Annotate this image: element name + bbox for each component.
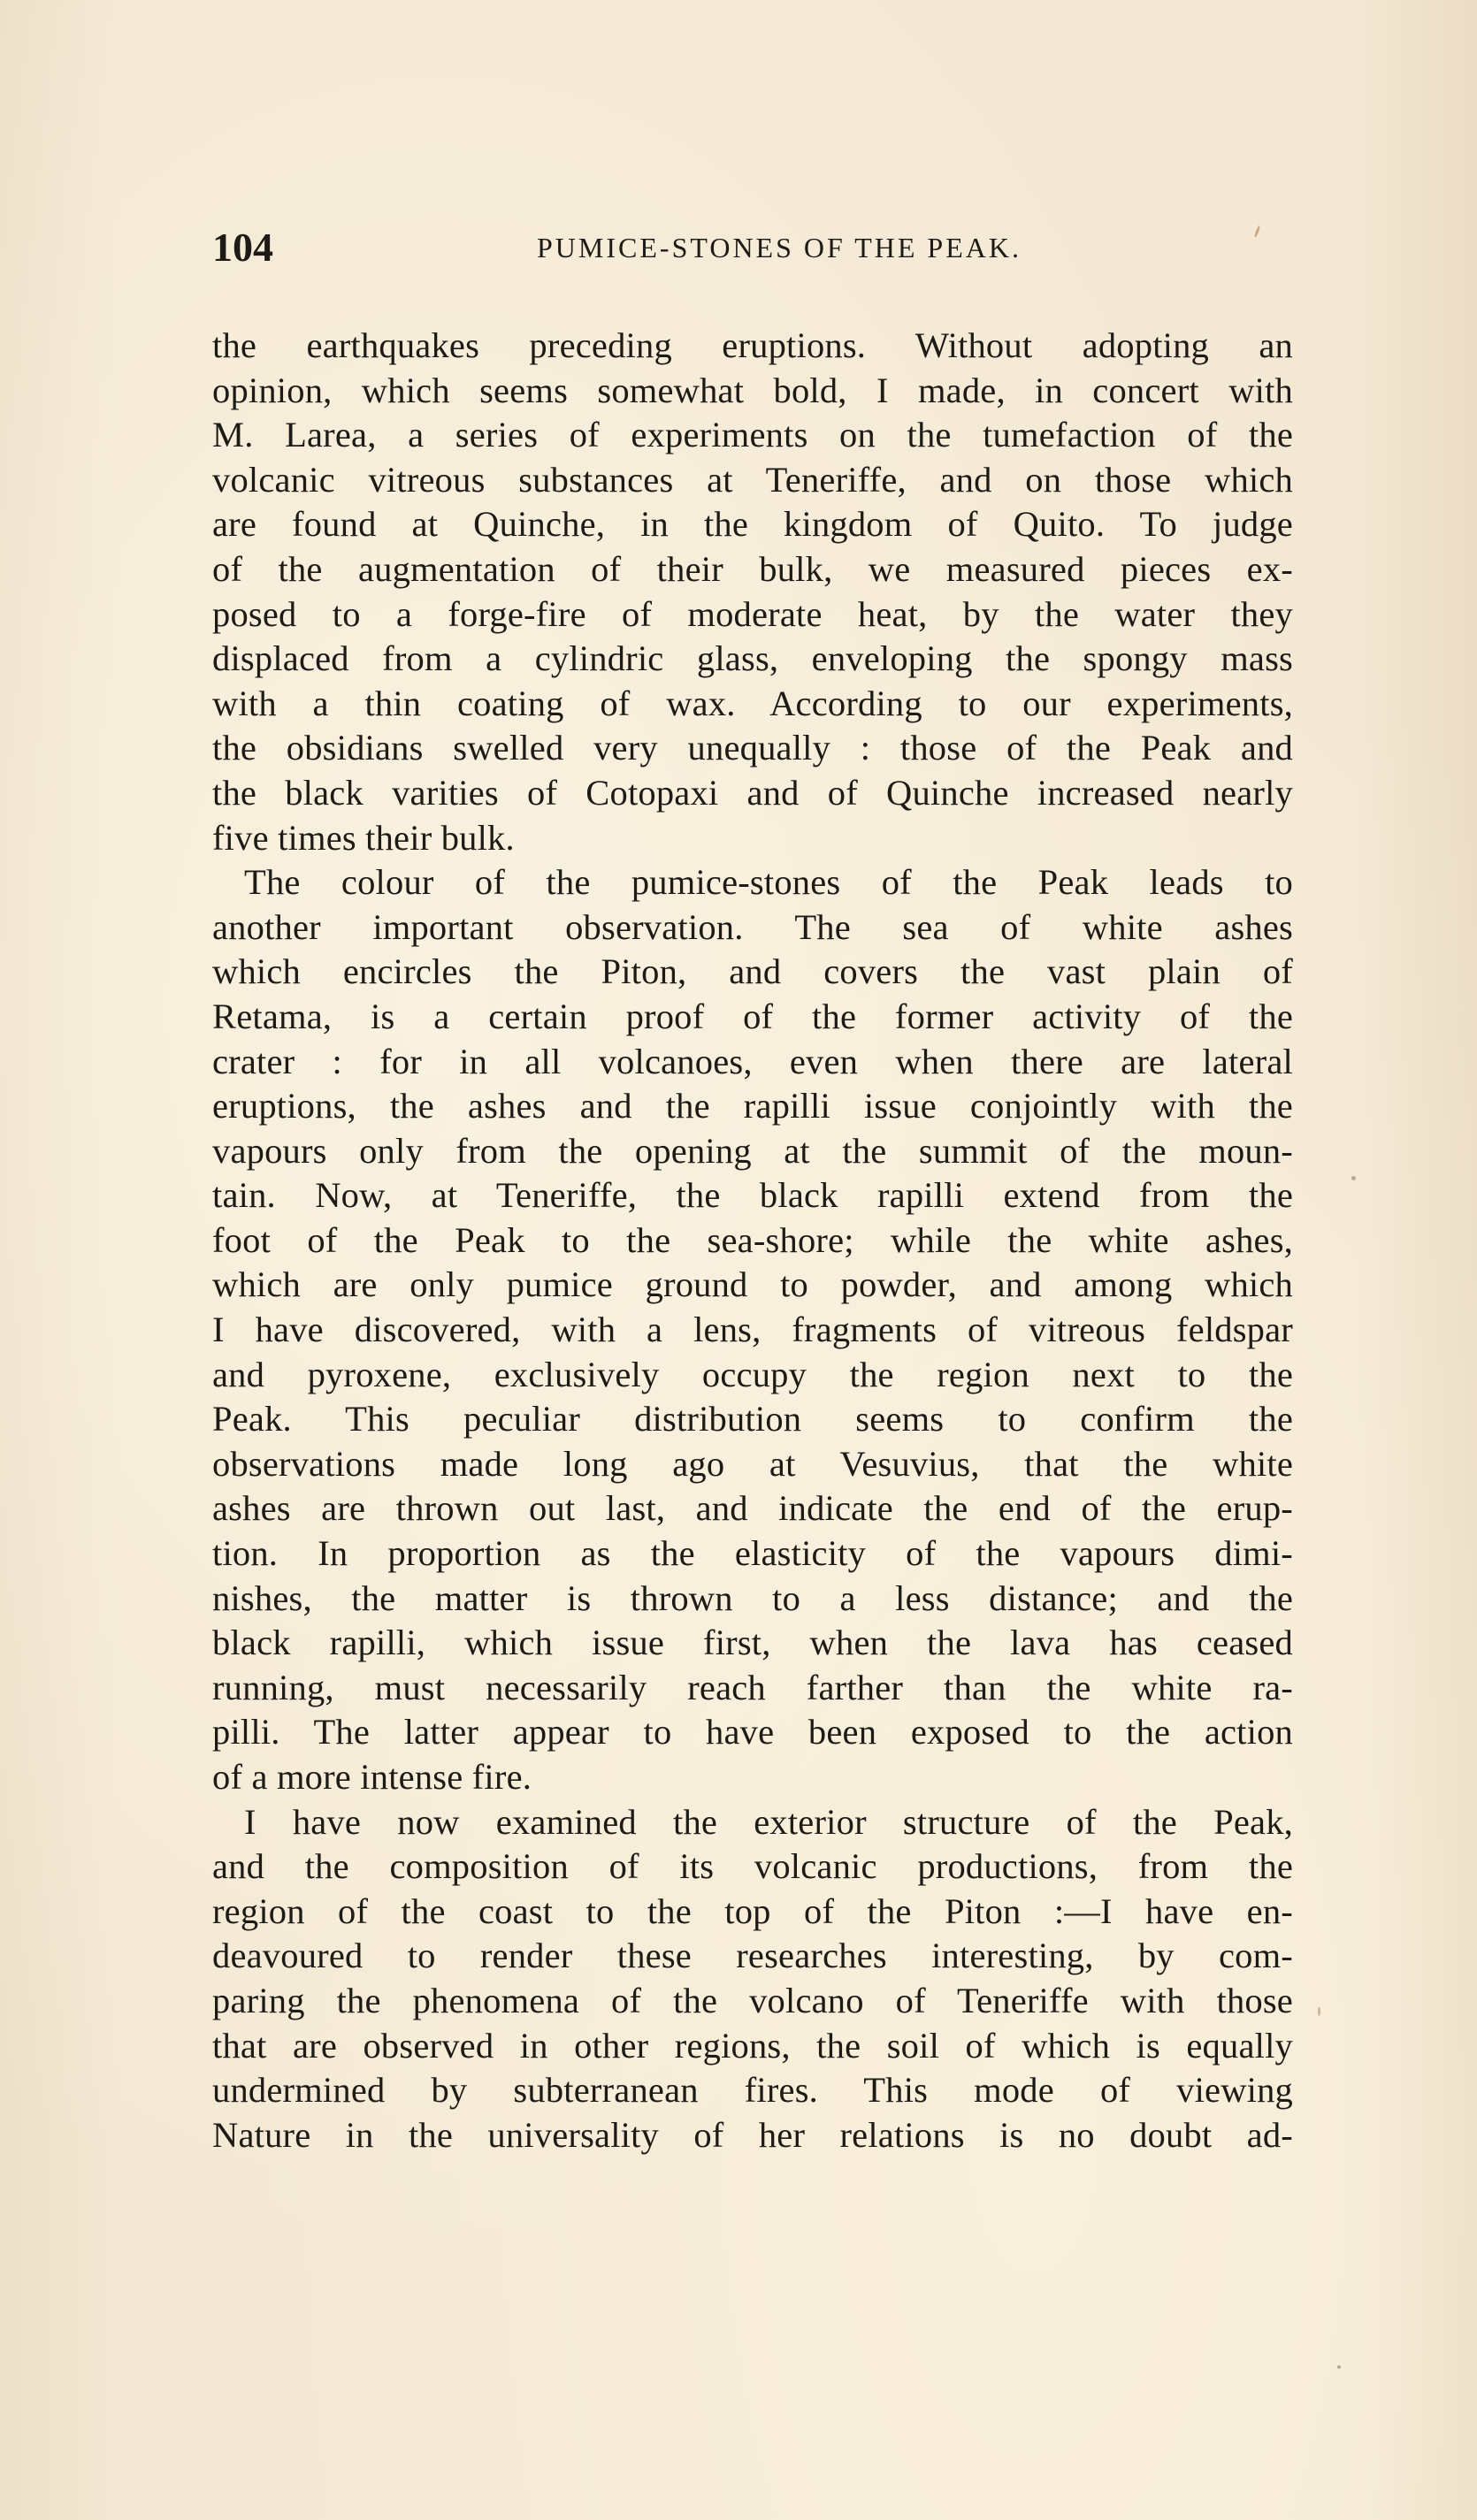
text-line: foot of the Peak to the sea-shore; while… [212,1218,1293,1264]
text-line: Nature in the universality of her relati… [212,2113,1293,2158]
text-line: region of the coast to the top of the Pi… [212,1890,1293,1935]
text-line: tion. In proportion as the elasticity of… [212,1531,1293,1577]
text-line: Retama, is a certain proof of the former… [212,995,1293,1040]
text-line: pilli. The latter appear to have been ex… [212,1710,1293,1755]
text-line: I have now examined the exterior structu… [212,1800,1293,1845]
text-line: running, must necessarily reach farther … [212,1666,1293,1711]
text-line: that are observed in other regions, the … [212,2024,1293,2069]
text-line: and pyroxene, exclusively occupy the reg… [212,1353,1293,1398]
text-line: eruptions, the ashes and the rapilli iss… [212,1084,1293,1129]
text-line: five times their bulk. [212,816,1293,861]
text-line: the earthquakes preceding eruptions. Wit… [212,324,1293,369]
text-line: M. Larea, a series of experiments on the… [212,413,1293,458]
text-line: nishes, the matter is thrown to a less d… [212,1577,1293,1622]
text-line: the obsidians swelled very unequally : t… [212,726,1293,771]
text-line: the black varities of Cotopaxi and of Qu… [212,771,1293,816]
text-line: which encircles the Piton, and covers th… [212,950,1293,995]
text-line: of a more intense fire. [212,1755,1293,1800]
paper-speck [1318,2007,1320,2016]
text-line: I have discovered, with a lens, fragment… [212,1308,1293,1353]
text-line: displaced from a cylindric glass, envelo… [212,637,1293,682]
text-line: The colour of the pumice-stones of the P… [212,860,1293,905]
paper-speck [1351,1176,1356,1180]
text-line: vapours only from the opening at the sum… [212,1129,1293,1174]
book-page: 104 PUMICE-STONES OF THE PEAK. the earth… [212,221,1293,2157]
text-line: of the augmentation of their bulk, we me… [212,547,1293,592]
text-line: black rapilli, which issue first, when t… [212,1621,1293,1666]
text-line: observations made long ago at Vesuvius, … [212,1442,1293,1487]
text-line: are found at Quinche, in the kingdom of … [212,502,1293,547]
text-line: Peak. This peculiar distribution seems t… [212,1397,1293,1442]
text-line: crater : for in all volcanoes, even when… [212,1040,1293,1085]
paper-speck [1337,2365,1341,2369]
text-line: another important observation. The sea o… [212,905,1293,951]
text-line: which are only pumice ground to powder, … [212,1263,1293,1308]
text-line: paring the phenomena of the volcano of T… [212,1979,1293,2024]
text-line: deavoured to render these researches int… [212,1934,1293,1979]
text-line: posed to a forge-fire of moderate heat, … [212,592,1293,638]
text-line: with a thin coating of wax. According to… [212,682,1293,727]
text-line: and the composition of its volcanic prod… [212,1844,1293,1890]
paragraph-3: I have now examined the exterior structu… [212,1800,1293,2158]
text-line: undermined by subterranean fires. This m… [212,2068,1293,2113]
text-line: tain. Now, at Teneriffe, the black rapil… [212,1173,1293,1218]
text-line: volcanic vitreous substances at Teneriff… [212,458,1293,503]
running-title: PUMICE-STONES OF THE PEAK. [212,221,1293,274]
text-line: ashes are thrown out last, and indicate … [212,1486,1293,1531]
paragraph-1: the earthquakes preceding eruptions. Wit… [212,324,1293,860]
text-line: opinion, which seems somewhat bold, I ma… [212,369,1293,414]
running-head: 104 PUMICE-STONES OF THE PEAK. [212,221,1293,274]
paragraph-2: The colour of the pumice-stones of the P… [212,860,1293,1799]
body-text: the earthquakes preceding eruptions. Wit… [212,324,1293,2157]
